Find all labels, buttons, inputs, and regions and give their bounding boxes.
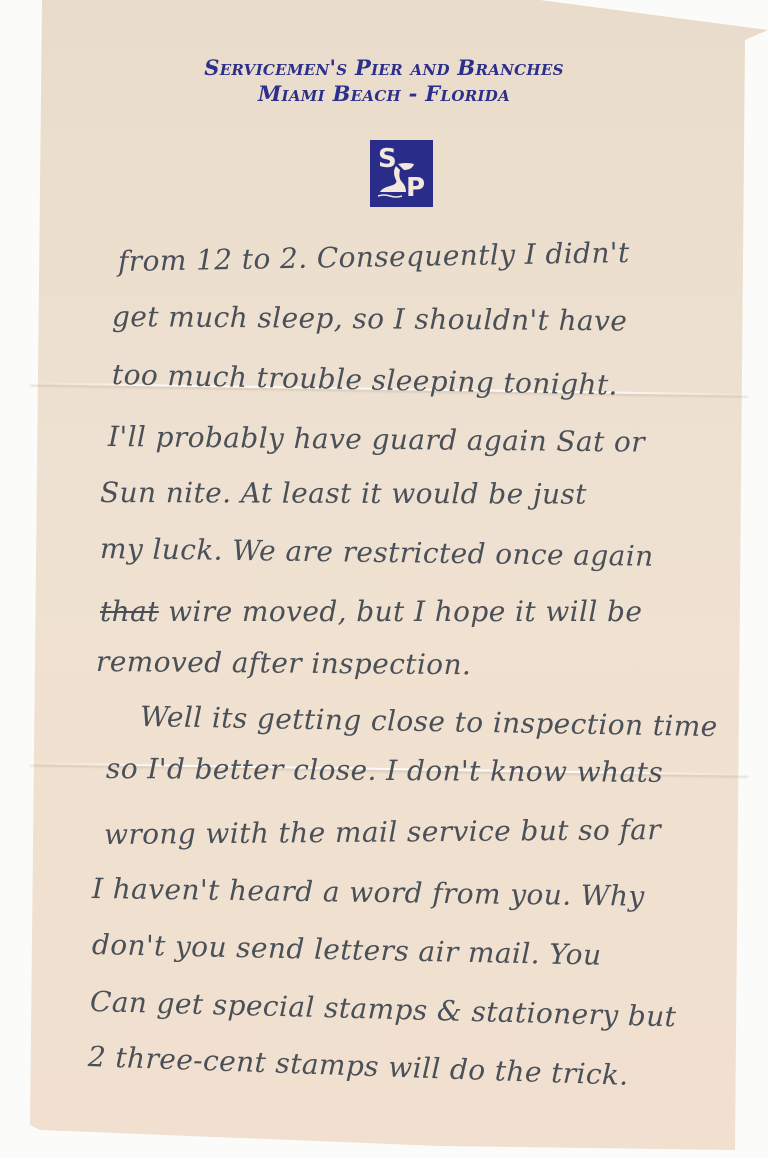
struck-word: that: [100, 595, 159, 628]
letter-line: wrong with the mail service but so far: [104, 813, 661, 851]
letter-line: I'll probably have guard again Sat or: [108, 420, 645, 459]
letterhead-organization: Servicemen's Pier and Branches: [0, 55, 768, 81]
letterhead: Servicemen's Pier and Branches Miami Bea…: [0, 55, 768, 107]
sp-logo: S P: [370, 140, 433, 207]
letter-line: wire moved, but I hope it will be: [168, 595, 642, 628]
letter-line: so I'd better close. I don't know whats: [106, 752, 663, 789]
letter-line: get much sleep, so I shouldn't have: [112, 300, 628, 337]
letter-line: removed after inspection.: [96, 645, 472, 681]
letter-line: Sun nite. At least it would be just: [100, 476, 587, 511]
letter-line-with-strike: that wire moved, but I hope it will be: [100, 595, 642, 628]
letterhead-location: Miami Beach - Florida: [0, 81, 768, 107]
logo-letter-s: S: [378, 146, 397, 172]
logo-letter-p: P: [406, 175, 425, 201]
